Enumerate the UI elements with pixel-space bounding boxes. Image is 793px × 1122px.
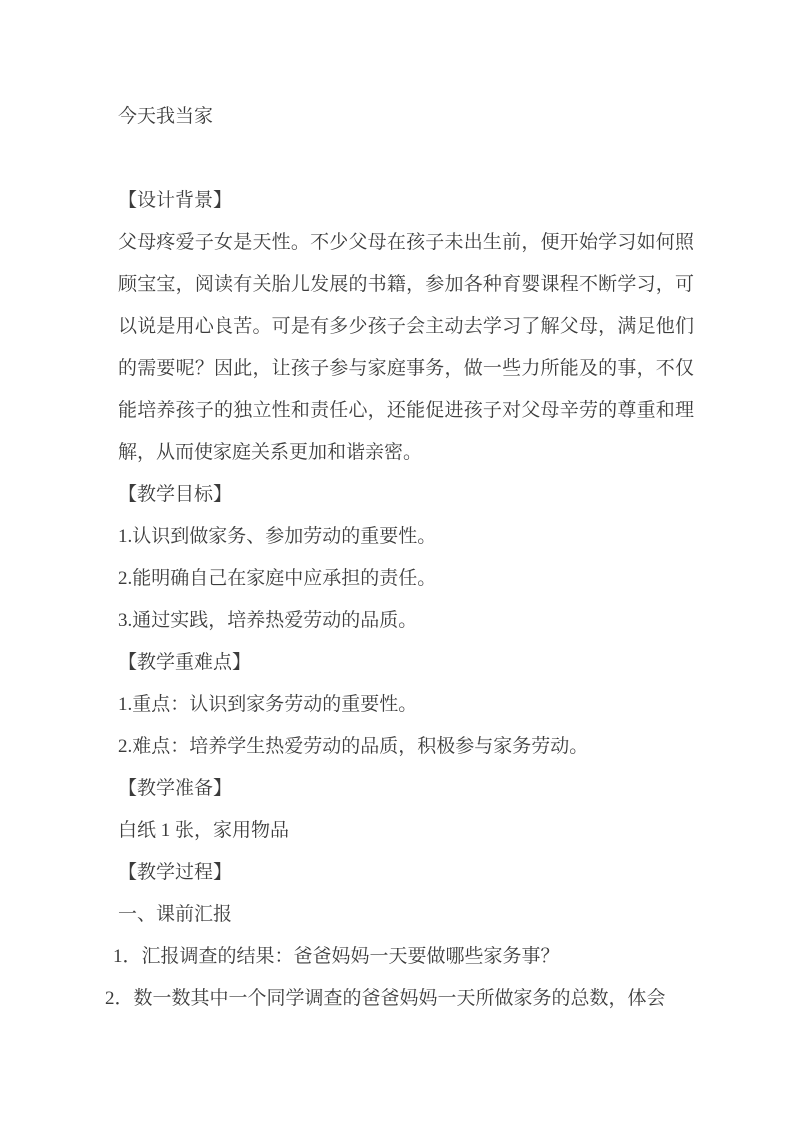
heading-key-difficult-points: 【教学重难点】: [118, 642, 694, 684]
blank-line: [105, 138, 694, 180]
heading-design-background: 【设计背景】: [118, 180, 694, 222]
objective-item-3: 3.通过实践，培养热爱劳动的品质。: [118, 600, 694, 642]
document-page: 今天我当家 【设计背景】 父母疼爱子女是天性。不少父母在孩子未出生前，便开始学习…: [0, 0, 793, 1122]
heading-teaching-preparation: 【教学准备】: [118, 768, 694, 810]
preparation-text: 白纸 1 张，家用物品: [118, 810, 694, 852]
heading-teaching-objectives: 【教学目标】: [118, 474, 694, 516]
report-step-1: 1．汇报调查的结果：爸爸妈妈一天要做哪些家务事？: [113, 936, 694, 978]
objective-item-2: 2.能明确自己在家庭中应承担的责任。: [118, 558, 694, 600]
heading-teaching-process: 【教学过程】: [118, 852, 694, 894]
report-step-2: 2．数一数其中一个同学调查的爸爸妈妈一天所做家务的总数，体会: [105, 978, 694, 1020]
document-title: 今天我当家: [118, 96, 694, 138]
objective-item-1: 1.认识到做家务、参加劳动的重要性。: [118, 516, 694, 558]
key-point-item: 1.重点：认识到家务劳动的重要性。: [118, 684, 694, 726]
difficult-point-item: 2.难点：培养学生热爱劳动的品质，积极参与家务劳动。: [118, 726, 694, 768]
process-section-1-preclass-report: 一、课前汇报: [118, 894, 694, 936]
paragraph-design-background: 父母疼爱子女是天性。不少父母在孩子未出生前，便开始学习如何照顾宝宝，阅读有关胎儿…: [118, 222, 694, 474]
